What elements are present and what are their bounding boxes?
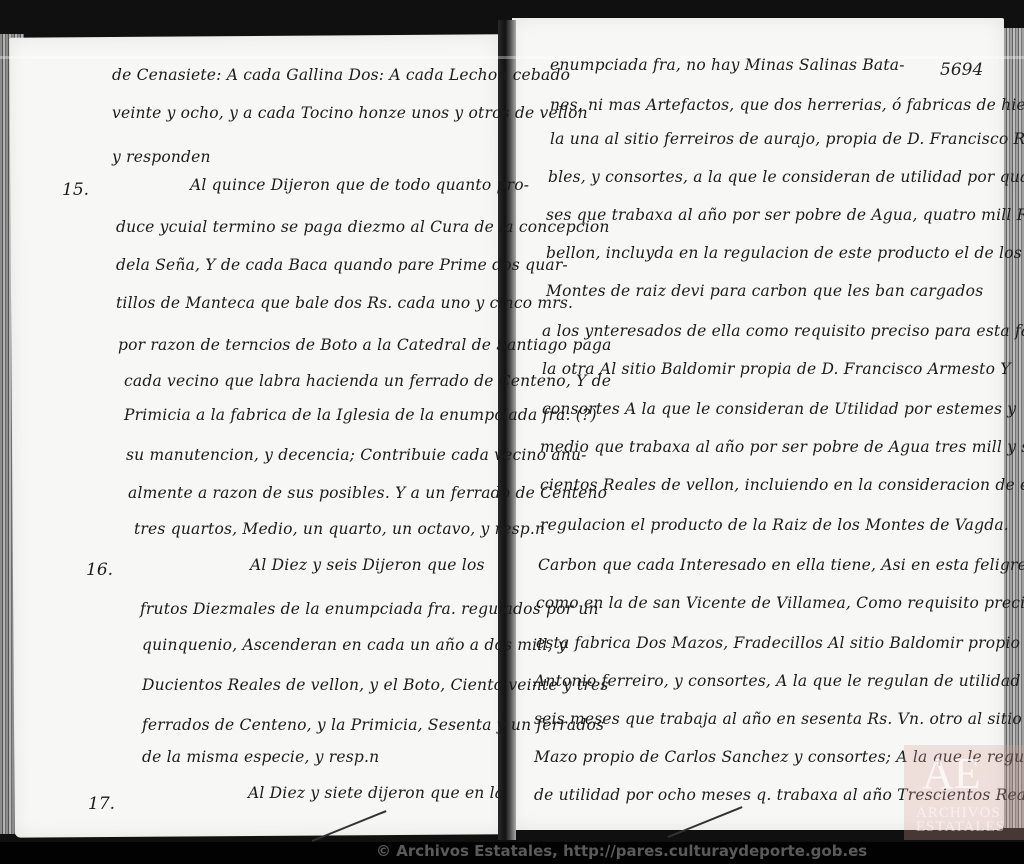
right-line-9: la otra Al sitio Baldomir propia de D. F… xyxy=(542,360,1011,378)
left-line-11: su manutencion, y decencia; Contribuie c… xyxy=(126,446,587,464)
left-line-5: duce ycuial termino se paga diezmo al Cu… xyxy=(116,218,610,236)
left-line-8: por razon de terncios de Boto a la Cated… xyxy=(118,336,612,354)
right-line-11: medio que trabaxa al año por ser pobre d… xyxy=(540,438,1024,456)
right-line-5: ses que trabaxa al año por ser pobre de … xyxy=(546,206,1024,224)
right-line-18: seis meses que trabaja al año en sesenta… xyxy=(534,710,1022,728)
left-line-13: tres quartos, Medio, un quarto, un octav… xyxy=(134,520,545,538)
copyright-watermark: © Archivos Estatales, http://pares.cultu… xyxy=(376,842,867,860)
right-line-14: Carbon que cada Interesado en ella tiene… xyxy=(538,556,1024,574)
right-line-10: consortes A la que le consideran de Util… xyxy=(542,400,1016,418)
right-line-8: a los ynteresados de ella como requisito… xyxy=(542,322,1024,340)
left-line-12: almente a razon de sus posibles. Y a un … xyxy=(128,484,607,502)
left-line-19: de la misma especie, y resp.n xyxy=(142,748,379,766)
left-line-16: quinquenio, Ascenderan en cada un año a … xyxy=(142,636,567,654)
left-line-15: frutos Diezmales de la enumpciada fra. r… xyxy=(140,600,599,618)
right-line-1: enumpciada fra, no hay Minas Salinas Bat… xyxy=(550,56,905,74)
right-line-4: bles, y consortes, a la que le considera… xyxy=(548,168,1024,186)
left-line-4: Al quince Dijeron que de todo quanto pro… xyxy=(190,176,529,194)
logo-text-line-2: ESTATALES xyxy=(916,820,1024,834)
margin-number-16: 16. xyxy=(86,560,113,580)
right-line-17: Antonio ferreiro, y consortes, A la que … xyxy=(534,672,1024,690)
left-line-3: y responden xyxy=(112,148,211,166)
right-line-2: nes, ni mas Artefactos, que dos herreria… xyxy=(550,96,1024,114)
left-line-7: tillos de Manteca que bale dos Rs. cada … xyxy=(116,294,573,312)
right-line-16: esta fabrica Dos Mazos, Fradecillos Al s… xyxy=(536,634,1024,652)
logo-letters: AE xyxy=(922,748,981,799)
right-line-12: cientos Reales de vellon, incluiendo en … xyxy=(540,476,1024,494)
right-line-6: bellon, incluyda en la regulacion de est… xyxy=(546,244,1022,262)
left-line-9: cada vecino que labra hacienda un ferrad… xyxy=(124,372,611,390)
left-line-14: Al Diez y seis Dijeron que los xyxy=(250,556,485,574)
right-line-13: regulacion el producto de la Raiz de los… xyxy=(540,516,1009,534)
right-line-3: la una al sitio ferreiros de aurajo, pro… xyxy=(550,130,1024,148)
left-line-2: veinte y ocho, y a cada Tocino honze uno… xyxy=(112,104,588,122)
logo-text: ARCHIVOS ESTATALES xyxy=(916,806,1024,834)
left-line-1: de Cenasiete: A cada Gallina Dos: A cada… xyxy=(112,66,570,84)
right-line-15: como en la de san Vicente de Villamea, C… xyxy=(536,594,1024,612)
logo-text-line-1: ARCHIVOS xyxy=(916,806,1024,820)
margin-number-17: 17. xyxy=(88,794,115,814)
right-line-7: Montes de raiz devi para carbon que les … xyxy=(546,282,983,300)
folio-number: 5694 xyxy=(940,60,983,80)
left-line-10: Primicia a la fabrica de la Iglesia de l… xyxy=(124,406,597,424)
document-viewer: de Cenasiete: A cada Gallina Dos: A cada… xyxy=(0,0,1024,864)
margin-number-15: 15. xyxy=(62,180,89,200)
left-line-20: Al Diez y siete dijeron que en la xyxy=(248,784,504,802)
left-line-6: dela Seña, Y de cada Baca quando pare Pr… xyxy=(116,256,568,274)
